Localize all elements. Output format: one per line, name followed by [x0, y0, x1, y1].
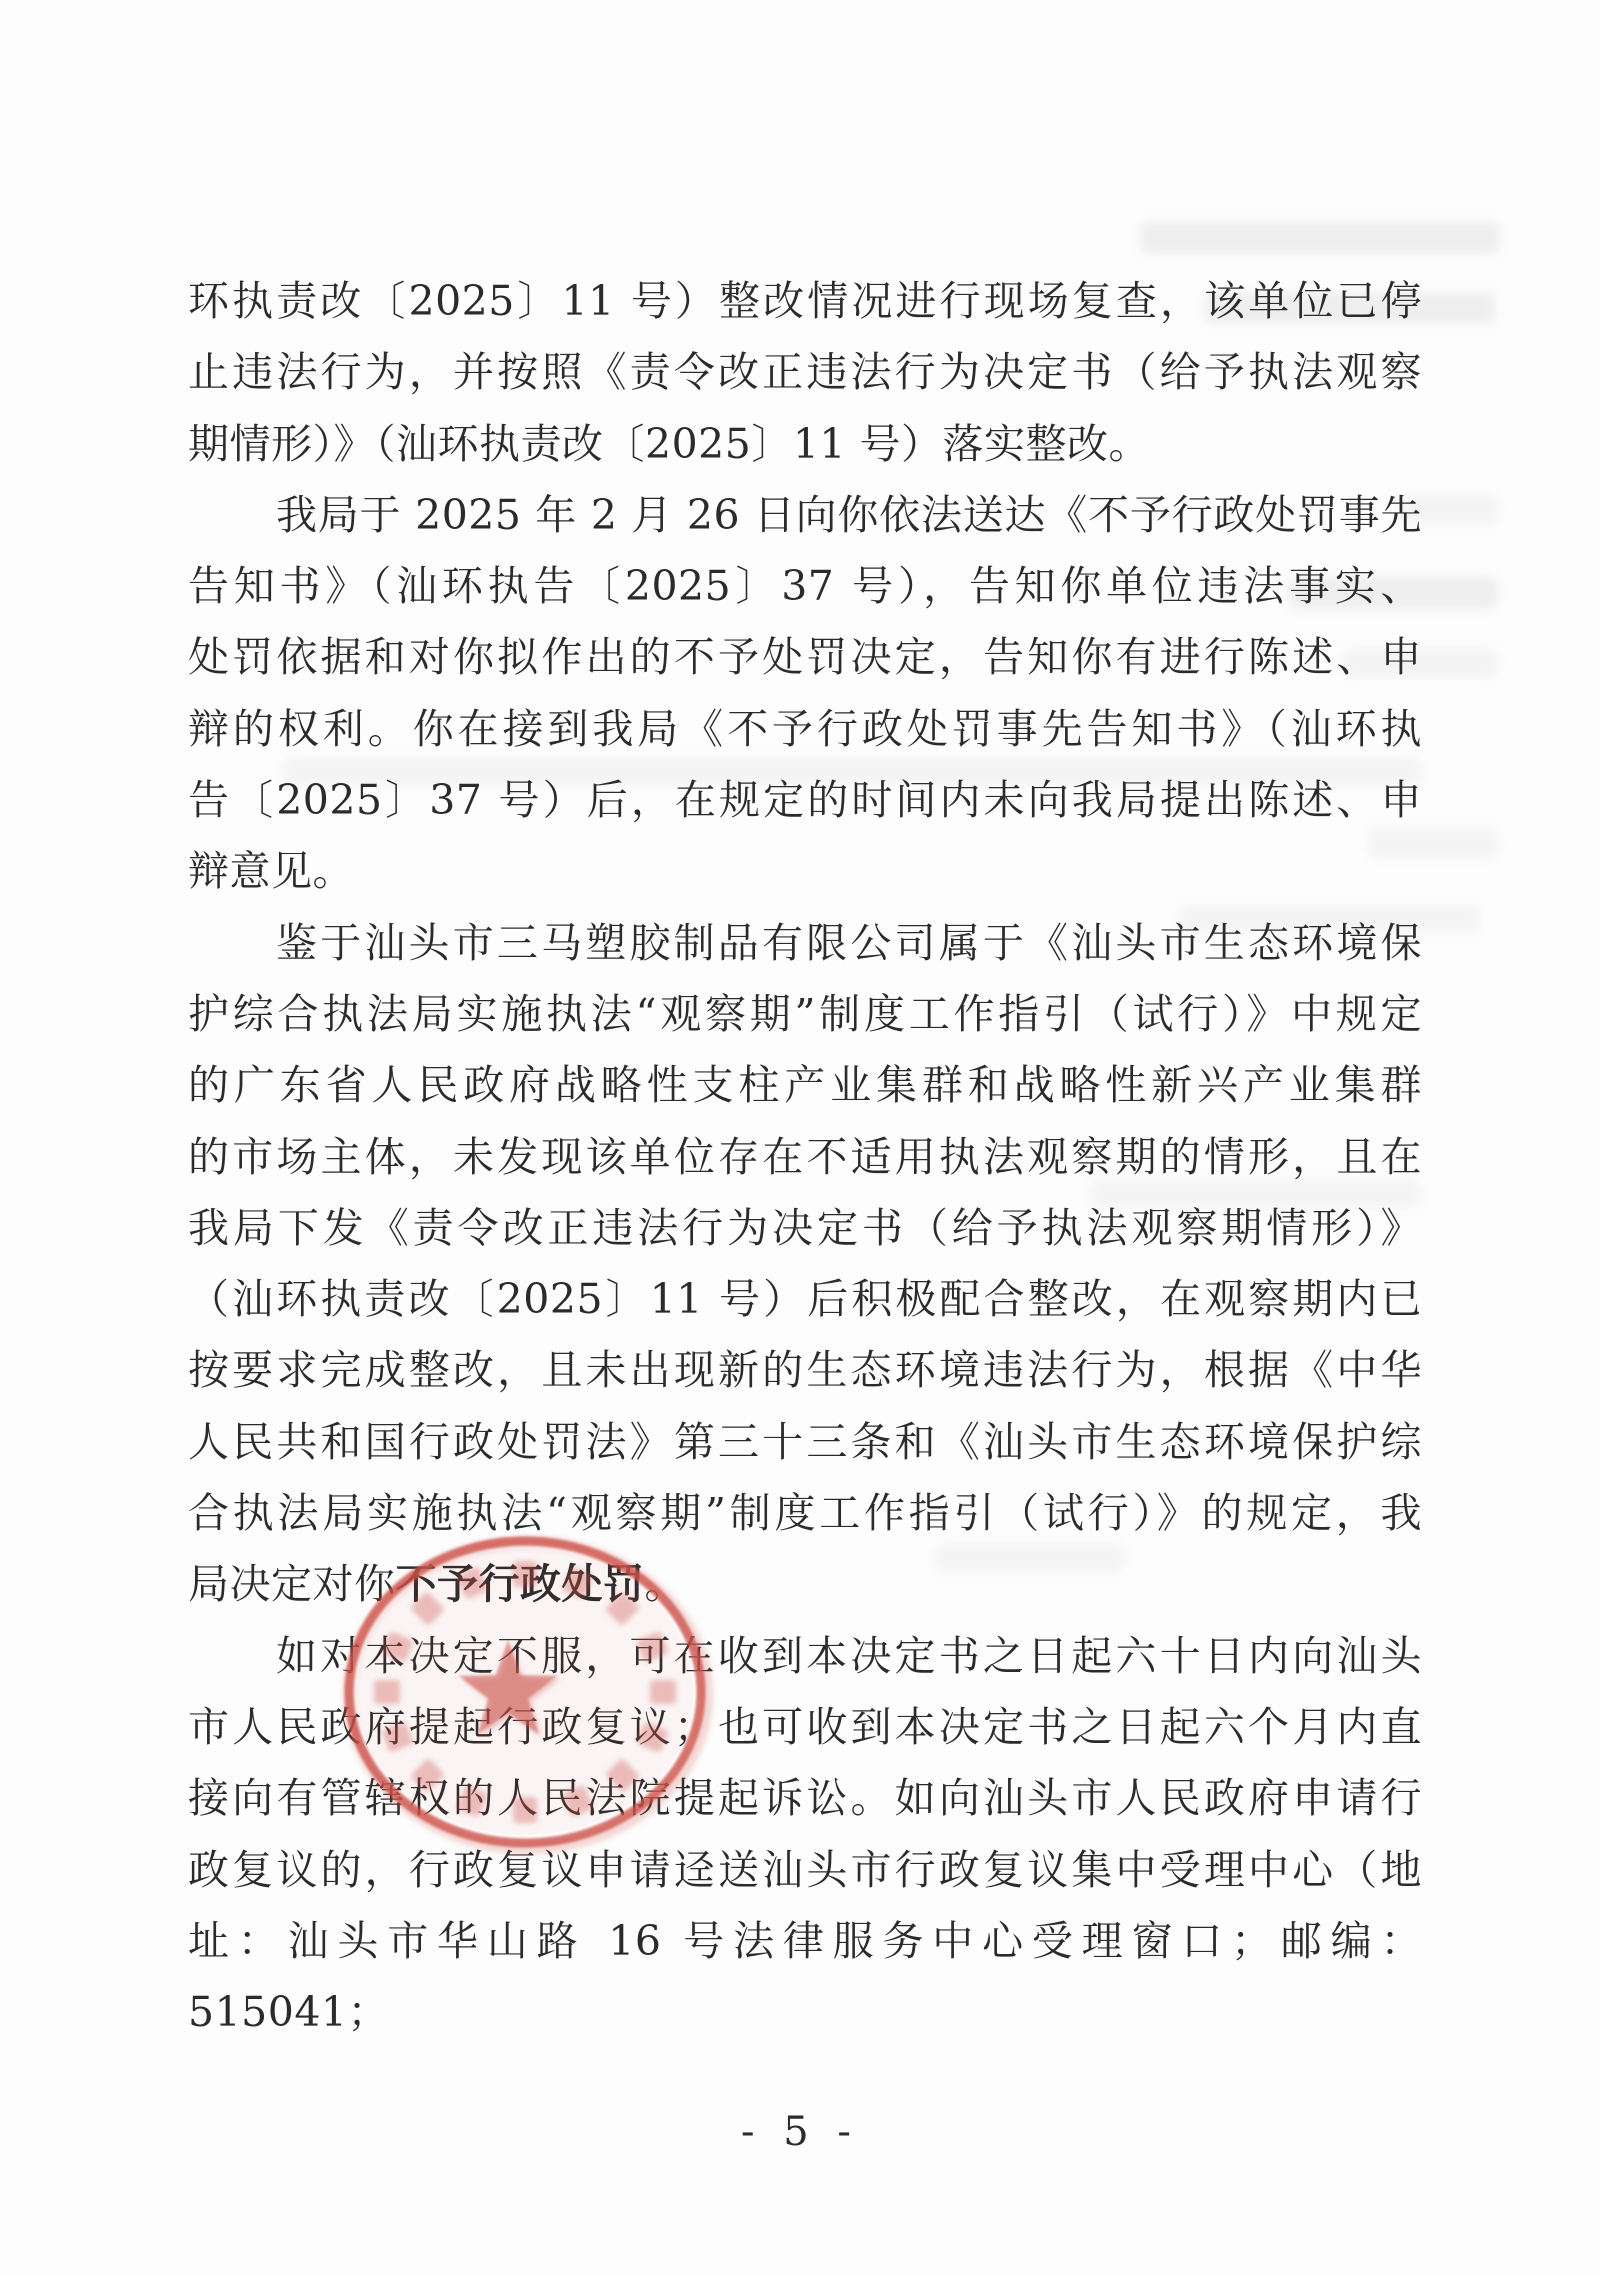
document-body: 环执责改〔2025〕11 号）整改情况进行现场复查，该单位已停止违法行为，并按照…: [188, 266, 1422, 2048]
text-line: 护综合执法局实施执法“观察期”制度工作指引（试行）》中规定: [188, 979, 1422, 1050]
text-line: 辩意见。: [188, 836, 1422, 907]
text-line: 我局于 2025 年 2 月 26 日向你依法送达《不予行政处罚事先: [188, 480, 1422, 551]
text-line: 辩的权利。你在接到我局《不予行政处罚事先告知书》（汕环执: [188, 694, 1422, 765]
bleed-through-artifact: [1140, 222, 1500, 254]
text-line: 局决定对你不予行政处罚。: [188, 1549, 1422, 1620]
text-line: 告〔2025〕37 号）后，在规定的时间内未向我局提出陈述、申: [188, 765, 1422, 836]
text-line: 市人民政府提起行政复议；也可收到本决定书之日起六个月内直: [188, 1692, 1422, 1763]
text-line: 接向有管辖权的人民法院提起诉讼。如向汕头市人民政府申请行: [188, 1763, 1422, 1834]
text-line: 处罚依据和对你拟作出的不予处罚决定，告知你有进行陈述、申: [188, 622, 1422, 693]
text-line: 环执责改〔2025〕11 号）整改情况进行现场复查，该单位已停: [188, 266, 1422, 337]
text-line: 合执法局实施执法“观察期”制度工作指引（试行）》的规定，我: [188, 1478, 1422, 1549]
text-line: 人民共和国行政处罚法》第三十三条和《汕头市生态环境保护综: [188, 1407, 1422, 1478]
text-line: 鉴于汕头市三马塑胶制品有限公司属于《汕头市生态环境保: [188, 908, 1422, 979]
text-line: 告知书》（汕环执告〔2025〕37 号），告知你单位违法事实、: [188, 551, 1422, 622]
text-line: 如对本决定不服，可在收到本决定书之日起六十日内向汕头: [188, 1621, 1422, 1692]
text-line: 政复议的，行政复议申请迳送汕头市行政复议集中受理中心（地: [188, 1835, 1422, 1906]
text-line: 的广东省人民政府战略性支柱产业集群和战略性新兴产业集群: [188, 1050, 1422, 1121]
text-line: 止违法行为，并按照《责令改正违法行为决定书（给予执法观察: [188, 337, 1422, 408]
text-line: （汕环执责改〔2025〕11 号）后积极配合整改，在观察期内已: [188, 1264, 1422, 1335]
page-number: - 5 -: [0, 2108, 1600, 2156]
text-line: 期情形）》（汕环执责改〔2025〕11 号）落实整改。: [188, 409, 1422, 480]
text-line: 址：汕头市华山路 16 号法律服务中心受理窗口；邮编：515041；: [188, 1906, 1422, 2049]
text-line: 我局下发《责令改正违法行为决定书（给予执法观察期情形）》: [188, 1193, 1422, 1264]
scanned-document-page: 环执责改〔2025〕11 号）整改情况进行现场复查，该单位已停止违法行为，并按照…: [0, 0, 1600, 2276]
text-line: 的市场主体，未发现该单位存在不适用执法观察期的情形，且在: [188, 1122, 1422, 1193]
text-line: 按要求完成整改，且未出现新的生态环境违法行为，根据《中华: [188, 1335, 1422, 1406]
